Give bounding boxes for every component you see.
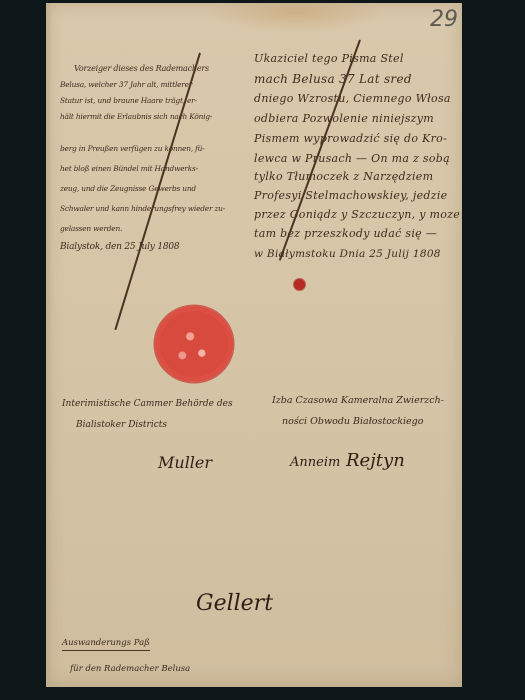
polish-line: mach Belusa 37 Lat sred bbox=[254, 73, 412, 85]
german-line: Vorzeiger dieses des Rademachers bbox=[74, 65, 209, 73]
polish-line: przez Goniądz y Szczuczyn, y moze bbox=[254, 209, 460, 220]
page-number: 29 bbox=[430, 9, 458, 31]
german-line: Belusa, welcher 37 Jahr alt, mittlerer bbox=[60, 81, 192, 88]
footer-note-subtitle: für den Rademacher Belusa bbox=[70, 665, 190, 674]
polish-line: tylko Tłumoczek z Narzędziem bbox=[254, 171, 433, 182]
red-wax-seal bbox=[155, 306, 233, 382]
red-wax-drop bbox=[294, 279, 305, 290]
right-authority-line1: Izba Czasowa Kameralna Zwierzch- bbox=[272, 396, 444, 406]
left-authority-line1: Interimistische Cammer Behörde des bbox=[62, 400, 233, 409]
german-line: hält hiermit die Erlaubnis sich nach Kön… bbox=[60, 113, 212, 120]
left-authority-line2: Bialistoker Districts bbox=[76, 421, 167, 430]
footer-note-title: Auswanderungs Paß bbox=[62, 639, 150, 651]
german-date-line: Bialystok, den 25 July 1808 bbox=[60, 243, 179, 252]
right-signature-first: Anneim bbox=[290, 455, 340, 470]
polish-line: Pismem wyprowadzić się do Kro- bbox=[254, 133, 447, 144]
german-line: berg in Preußen verfügen zu können, fü- bbox=[60, 145, 205, 152]
polish-line: dniego Wzrostu, Ciemnego Włosa bbox=[254, 93, 451, 104]
bottom-signature: Gellert bbox=[196, 591, 273, 616]
document-page: 29 Vorzeiger dieses des Rademachers Belu… bbox=[46, 3, 462, 687]
polish-line: tam bez przeszkody udać się — bbox=[254, 228, 437, 239]
right-authority-line2: ności Obwodu Białostockiego bbox=[282, 417, 423, 427]
right-signature-second: Rejtyn bbox=[346, 450, 405, 471]
german-line: gelassen werden. bbox=[60, 225, 122, 232]
water-stain bbox=[206, 3, 386, 33]
german-line: zeug, und die Zeugnisse Gewerbs und bbox=[60, 185, 196, 192]
german-line: Statur ist, und braune Haare trägt, er- bbox=[60, 97, 197, 104]
polish-line: lewca w Prusach — On ma z sobą bbox=[254, 153, 450, 164]
left-signature: Muller bbox=[158, 453, 212, 472]
polish-line: odbiera Pozwolenie niniejszym bbox=[254, 113, 434, 124]
polish-line: Ukaziciel tego Pisma Stel bbox=[254, 53, 404, 64]
german-line: het bloß einen Bündel mit Handwerks- bbox=[60, 165, 198, 172]
polish-line: Profesyi Stelmachowskiey, jedzie bbox=[254, 190, 447, 201]
german-line: Schwaler und kann hinderungsfrey wieder … bbox=[60, 205, 225, 212]
